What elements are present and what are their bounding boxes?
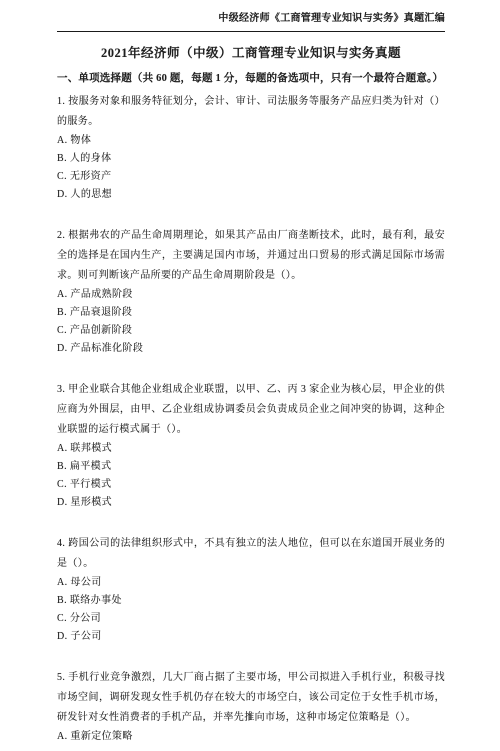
question-5-option-a: A. 重新定位策略 — [57, 728, 445, 746]
question-1-option-d: D. 人的思想 — [57, 186, 445, 204]
question-2: 2. 根据弗农的产品生命周期理论，如果其产品由厂商垄断技术，此时，最有利，最安全… — [57, 226, 445, 358]
question-3: 3. 甲企业联合其他企业组成企业联盟，以甲、乙、丙 3 家企业为核心层，甲企业的… — [57, 380, 445, 512]
header-text: 中级经济师《工商管理专业知识与实务》真题汇编 — [218, 13, 445, 24]
question-3-option-c: C. 平行模式 — [57, 476, 445, 494]
question-3-option-b: B. 扁平模式 — [57, 458, 445, 476]
question-1: 1. 按服务对象和服务特征划分，会计、审计、司法服务等服务产品应归类为针对（）的… — [57, 92, 445, 204]
question-4-option-a: A. 母公司 — [57, 574, 445, 592]
question-2-stem: 2. 根据弗农的产品生命周期理论，如果其产品由厂商垄断技术，此时，最有利，最安全… — [57, 226, 445, 286]
question-1-stem: 1. 按服务对象和服务特征划分，会计、审计、司法服务等服务产品应归类为针对（）的… — [57, 92, 445, 132]
question-1-option-c: C. 无形资产 — [57, 168, 445, 186]
header-divider — [57, 31, 445, 32]
question-3-option-d: D. 星形模式 — [57, 494, 445, 512]
question-3-option-a: A. 联邦模式 — [57, 440, 445, 458]
document-title: 2021年经济师（中级）工商管理专业知识与实务真题 — [57, 44, 445, 62]
question-2-option-d: D. 产品标准化阶段 — [57, 340, 445, 358]
question-4-stem: 4. 跨国公司的法律组织形式中，不具有独立的法人地位，但可以在东道国开展业务的是… — [57, 534, 445, 574]
question-2-option-b: B. 产品衰退阶段 — [57, 304, 445, 322]
question-4-option-d: D. 子公司 — [57, 628, 445, 646]
document-page: 中级经济师《工商管理专业知识与实务》真题汇编 2021年经济师（中级）工商管理专… — [0, 0, 500, 751]
question-2-option-c: C. 产品创新阶段 — [57, 322, 445, 340]
question-2-option-a: A. 产品成熟阶段 — [57, 286, 445, 304]
page-number: 1 — [0, 713, 500, 723]
question-3-stem: 3. 甲企业联合其他企业组成企业联盟，以甲、乙、丙 3 家企业为核心层，甲企业的… — [57, 380, 445, 440]
question-4-option-c: C. 分公司 — [57, 610, 445, 628]
question-1-option-a: A. 物体 — [57, 132, 445, 150]
question-4-option-b: B. 联络办事处 — [57, 592, 445, 610]
question-1-option-b: B. 人的身体 — [57, 150, 445, 168]
page-header: 中级经济师《工商管理专业知识与实务》真题汇编 — [57, 12, 445, 26]
question-4: 4. 跨国公司的法律组织形式中，不具有独立的法人地位，但可以在东道国开展业务的是… — [57, 534, 445, 646]
question-5: 5. 手机行业竞争激烈，几大厂商占据了主要市场，甲公司拟进入手机行业，积极寻找市… — [57, 668, 445, 746]
section-heading: 一、单项选择题（共 60 题，每题 1 分，每题的备选项中，只有一个最符合题意。… — [57, 71, 445, 87]
